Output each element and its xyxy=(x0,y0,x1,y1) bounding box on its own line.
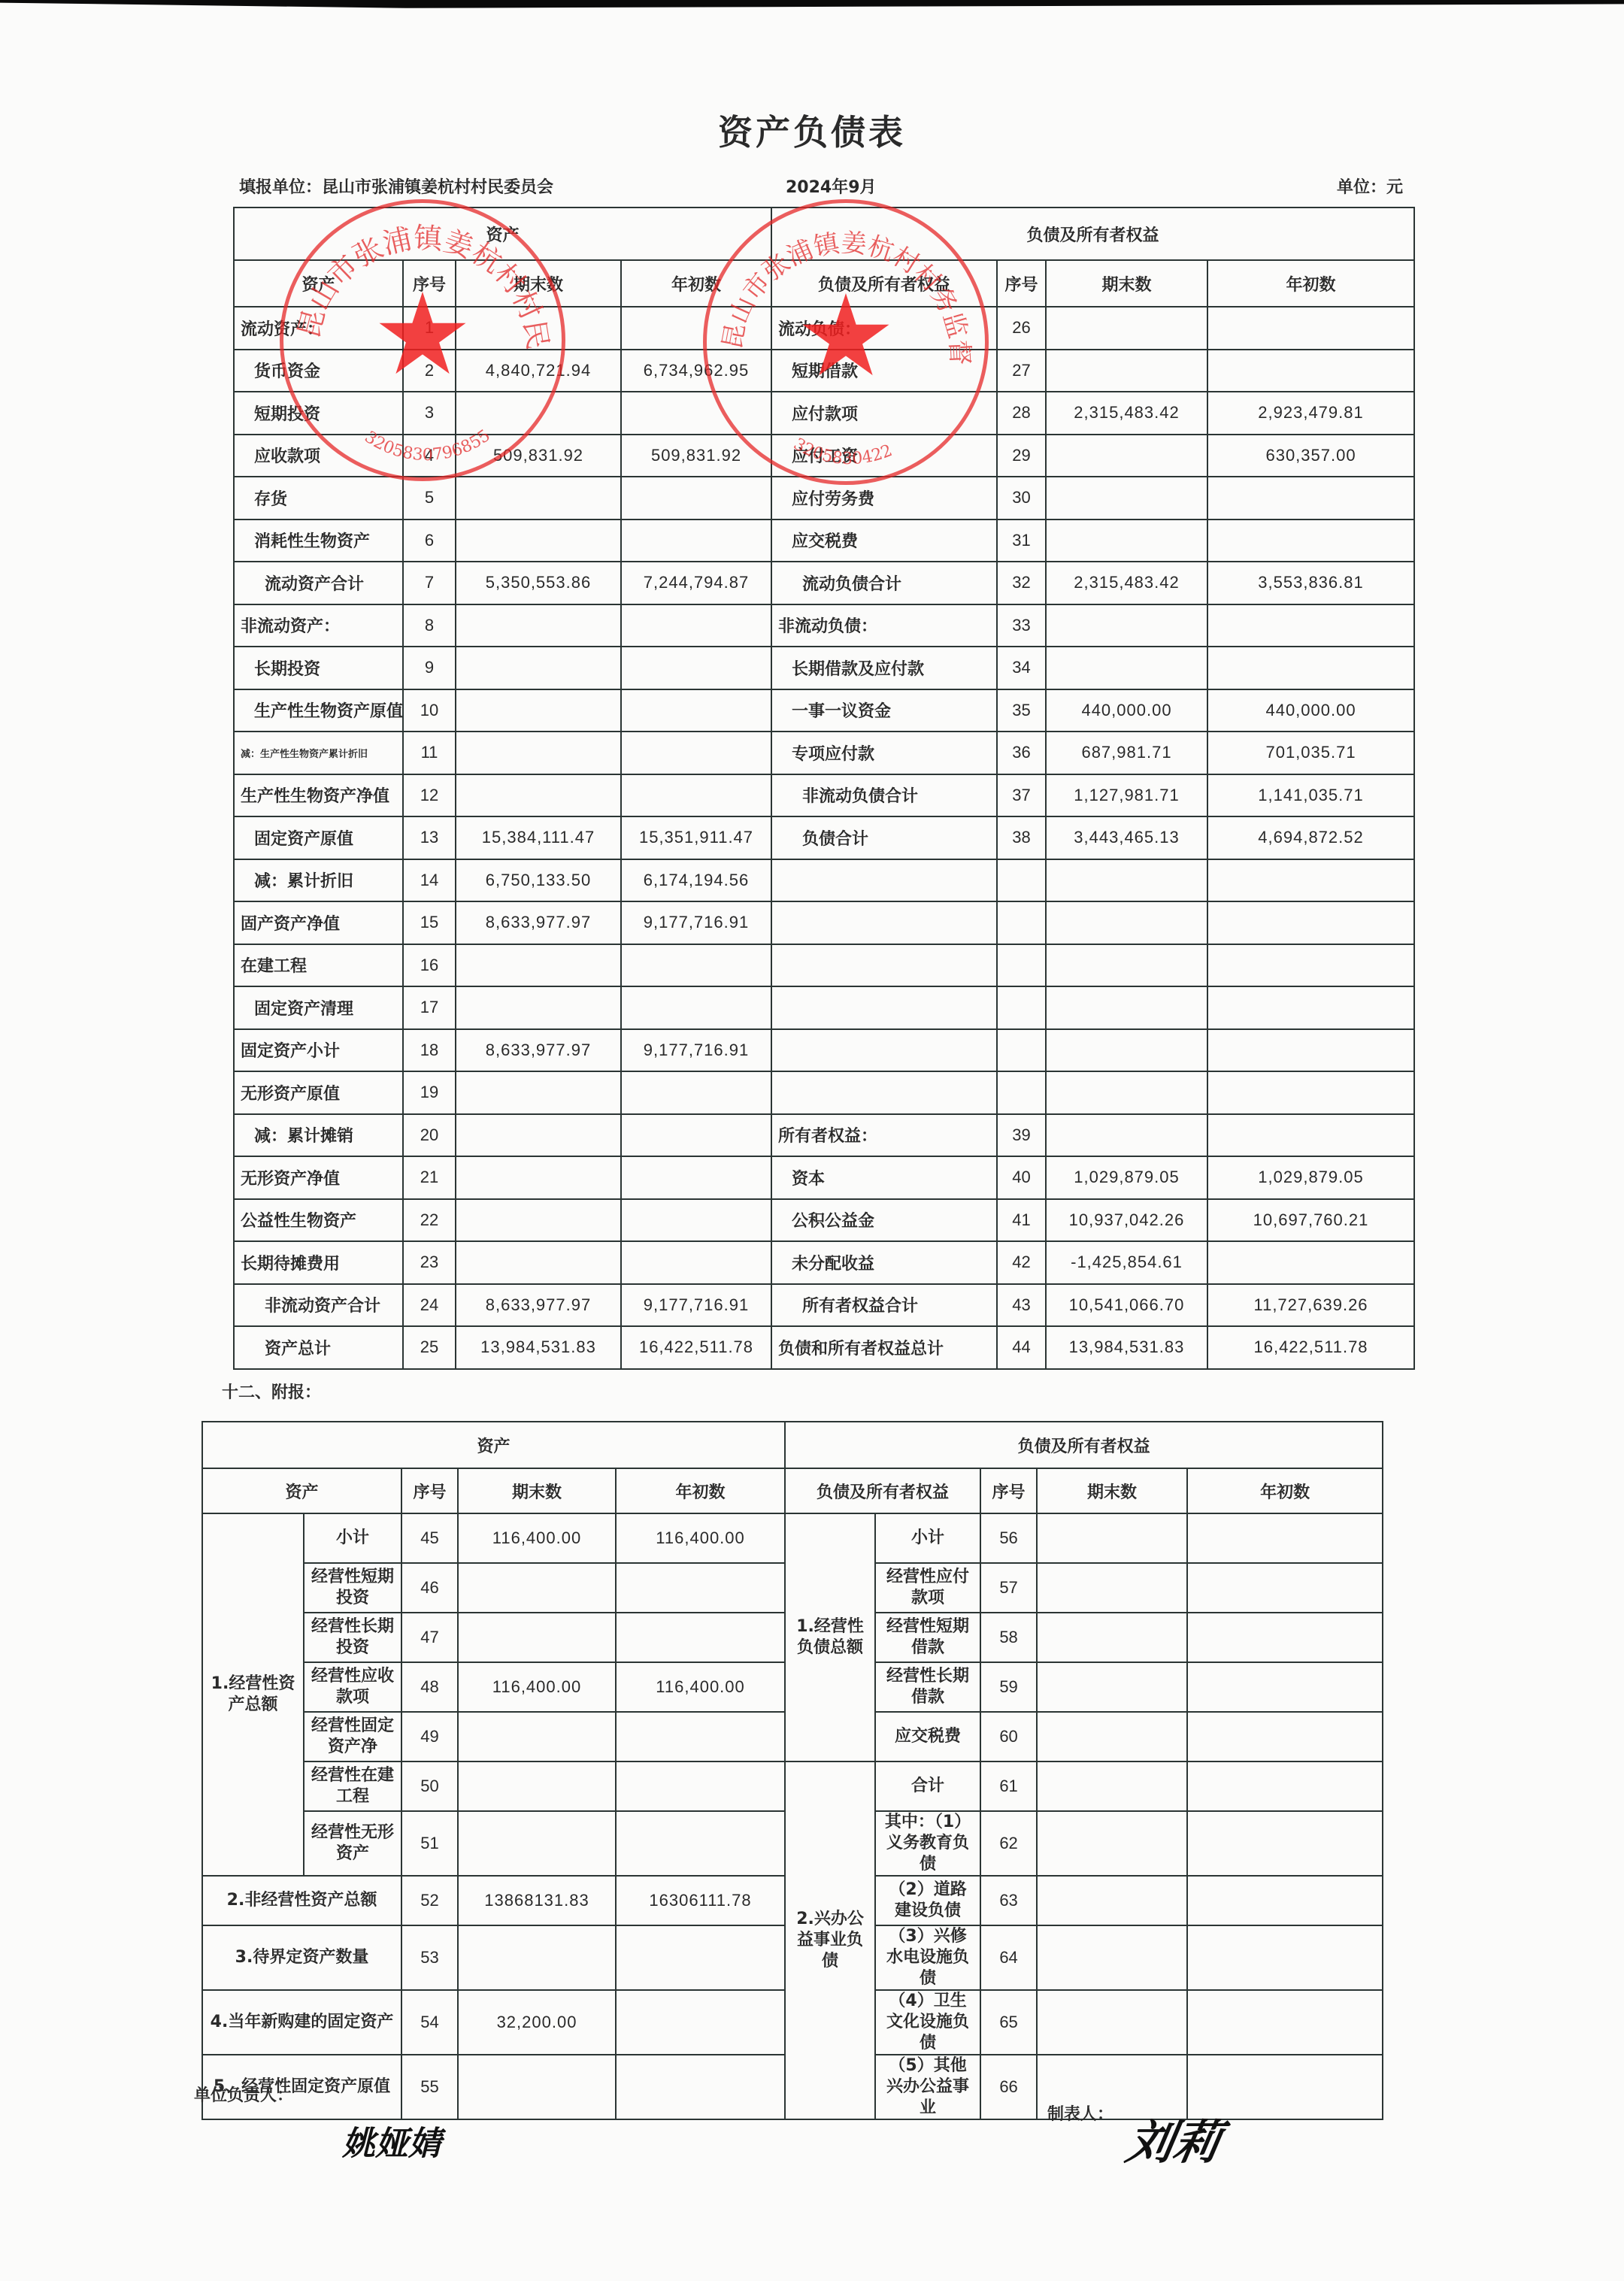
balance-sheet-table: 资产负债及所有者权益资产序号期末数年初数负债及所有者权益序号期末数年初数流动资产… xyxy=(233,207,1415,1370)
liability-end-value xyxy=(1037,1761,1187,1811)
liability-begin-value xyxy=(1207,350,1414,392)
liability-seq: 28 xyxy=(997,392,1046,435)
table-row: 在建工程16 xyxy=(234,944,1414,987)
column-header: 期末数 xyxy=(1037,1468,1187,1513)
liability-end-value xyxy=(1046,901,1207,944)
asset-seq: 24 xyxy=(403,1284,456,1327)
table-row: 货币资金24,840,721.946,734,962.95短期借款27 xyxy=(234,350,1414,392)
liabilities-section-header: 负债及所有者权益 xyxy=(785,1422,1383,1468)
asset-label: 固定资产小计 xyxy=(234,1029,403,1072)
asset-label: 经营性固定资产净 xyxy=(304,1712,401,1761)
asset-begin-value xyxy=(616,1761,785,1811)
preparer-signature: 刘莉 xyxy=(1122,2105,1227,2172)
liability-begin-value: 16,422,511.78 xyxy=(1207,1326,1414,1369)
liability-begin-value xyxy=(1207,1029,1414,1072)
asset-begin-value: 116,400.00 xyxy=(616,1662,785,1712)
liability-begin-value: 630,357.00 xyxy=(1207,435,1414,477)
asset-begin-value xyxy=(621,307,771,350)
liability-seq xyxy=(997,986,1046,1029)
liability-seq: 29 xyxy=(997,435,1046,477)
liability-label: 资本 xyxy=(771,1156,997,1199)
liability-label xyxy=(771,986,997,1029)
liability-end-value xyxy=(1037,1990,1187,2055)
asset-seq: 49 xyxy=(401,1712,458,1761)
liability-label: 所有者权益： xyxy=(771,1114,997,1157)
asset-seq: 22 xyxy=(403,1199,456,1242)
liability-group-label: 2.兴办公益事业负债 xyxy=(785,1761,875,2119)
asset-label: 减：生产性生物资产累计折旧 xyxy=(234,732,403,774)
asset-end-value: 509,831.92 xyxy=(456,435,621,477)
asset-seq: 2 xyxy=(403,350,456,392)
asset-label: 流动资产： xyxy=(234,307,403,350)
table-row: 消耗性生物资产6应交税费31 xyxy=(234,520,1414,562)
liability-end-value xyxy=(1046,307,1207,350)
asset-label: 4.当年新购建的固定资产 xyxy=(202,1990,401,2055)
asset-end-value: 13,984,531.83 xyxy=(456,1326,621,1369)
liability-begin-value xyxy=(1207,1241,1414,1284)
liability-label: 非流动负债合计 xyxy=(771,774,997,817)
asset-begin-value: 15,351,911.47 xyxy=(621,816,771,859)
asset-end-value xyxy=(456,1156,621,1199)
column-header: 年初数 xyxy=(621,260,771,307)
asset-label: 经营性短期投资 xyxy=(304,1563,401,1613)
asset-label: 经营性无形资产 xyxy=(304,1811,401,1876)
liability-label: （4）卫生文化设施负债 xyxy=(875,1990,980,2055)
liability-begin-value xyxy=(1187,1712,1383,1761)
liability-begin-value: 4,694,872.52 xyxy=(1207,816,1414,859)
asset-end-value xyxy=(456,392,621,435)
asset-seq: 21 xyxy=(403,1156,456,1199)
liability-begin-value xyxy=(1187,1662,1383,1712)
liability-label: 流动负债合计 xyxy=(771,562,997,604)
liability-label: （3）兴修水电设施负债 xyxy=(875,1925,980,1990)
liability-seq: 59 xyxy=(980,1662,1037,1712)
liability-seq xyxy=(997,901,1046,944)
liability-begin-value xyxy=(1187,1876,1383,1925)
table-row: 减：累计折旧146,750,133.506,174,194.56 xyxy=(234,859,1414,902)
table-row: 非流动资产：8非流动负债：33 xyxy=(234,604,1414,647)
asset-seq: 45 xyxy=(401,1513,458,1563)
asset-end-value xyxy=(456,647,621,689)
asset-end-value: 116,400.00 xyxy=(458,1513,616,1563)
table-row: 存货5应付劳务费30 xyxy=(234,477,1414,520)
asset-begin-value xyxy=(616,2055,785,2119)
asset-end-value xyxy=(456,1199,621,1242)
liability-end-value: -1,425,854.61 xyxy=(1046,1241,1207,1284)
table-row: 公益性生物资产22公积公益金4110,937,042.2610,697,760.… xyxy=(234,1199,1414,1242)
column-header: 年初数 xyxy=(616,1468,785,1513)
asset-seq: 14 xyxy=(403,859,456,902)
liability-seq: 58 xyxy=(980,1613,1037,1662)
liability-label: 其中：（1）义务教育负债 xyxy=(875,1811,980,1876)
asset-label: 公益性生物资产 xyxy=(234,1199,403,1242)
asset-end-value xyxy=(456,986,621,1029)
asset-end-value xyxy=(456,774,621,817)
asset-begin-value: 9,177,716.91 xyxy=(621,901,771,944)
liability-label: 未分配收益 xyxy=(771,1241,997,1284)
liability-label: 应交税费 xyxy=(875,1712,980,1761)
table-row: 固定资产小计188,633,977.979,177,716.91 xyxy=(234,1029,1414,1072)
liabilities-section-header: 负债及所有者权益 xyxy=(771,208,1414,260)
liability-seq: 66 xyxy=(980,2055,1037,2119)
asset-label: 长期投资 xyxy=(234,647,403,689)
liability-seq: 36 xyxy=(997,732,1046,774)
liability-end-value xyxy=(1046,1071,1207,1114)
asset-seq: 48 xyxy=(401,1662,458,1712)
liability-label: 短期借款 xyxy=(771,350,997,392)
asset-seq: 54 xyxy=(401,1990,458,2055)
liability-label: （2）道路建设负债 xyxy=(875,1876,980,1925)
asset-label: 短期投资 xyxy=(234,392,403,435)
liability-seq: 32 xyxy=(997,562,1046,604)
liability-label xyxy=(771,859,997,902)
liability-end-value xyxy=(1046,604,1207,647)
asset-begin-value: 9,177,716.91 xyxy=(621,1029,771,1072)
asset-label: 减：累计折旧 xyxy=(234,859,403,902)
asset-begin-value xyxy=(621,647,771,689)
asset-label: 消耗性生物资产 xyxy=(234,520,403,562)
table-row: 长期投资9长期借款及应付款34 xyxy=(234,647,1414,689)
unit-head-label: 单位负责人： xyxy=(194,2083,293,2106)
liability-begin-value xyxy=(1207,944,1414,987)
asset-label: 无形资产净值 xyxy=(234,1156,403,1199)
report-period: 2024年9月 xyxy=(786,174,877,198)
column-header: 负债及所有者权益 xyxy=(785,1468,980,1513)
liability-end-value xyxy=(1046,944,1207,987)
asset-label: 非流动资产合计 xyxy=(234,1284,403,1327)
table-row: 固定资产清理17 xyxy=(234,986,1414,1029)
liability-seq: 38 xyxy=(997,816,1046,859)
asset-end-value xyxy=(456,1241,621,1284)
asset-seq: 8 xyxy=(403,604,456,647)
liability-label: 应交税费 xyxy=(771,520,997,562)
liability-seq: 44 xyxy=(997,1326,1046,1369)
asset-begin-value xyxy=(621,477,771,520)
liability-begin-value xyxy=(1187,1613,1383,1662)
liability-begin-value xyxy=(1207,859,1414,902)
column-header: 年初数 xyxy=(1207,260,1414,307)
asset-begin-value xyxy=(621,1199,771,1242)
table-row: 减：生产性生物资产累计折旧11专项应付款36687,981.71701,035.… xyxy=(234,732,1414,774)
asset-label: 经营性长期投资 xyxy=(304,1613,401,1662)
liability-label: 负债合计 xyxy=(771,816,997,859)
asset-begin-value xyxy=(616,1990,785,2055)
table-row: 生产性生物资产净值12非流动负债合计371,127,981.711,141,03… xyxy=(234,774,1414,817)
liability-seq: 64 xyxy=(980,1925,1037,1990)
asset-end-value xyxy=(456,732,621,774)
liability-end-value: 3,443,465.13 xyxy=(1046,816,1207,859)
liability-seq: 65 xyxy=(980,1990,1037,2055)
liability-label: 应付劳务费 xyxy=(771,477,997,520)
asset-begin-value: 16,422,511.78 xyxy=(621,1326,771,1369)
liability-seq: 30 xyxy=(997,477,1046,520)
asset-end-value xyxy=(456,689,621,732)
asset-seq: 11 xyxy=(403,732,456,774)
liability-seq: 39 xyxy=(997,1114,1046,1157)
liability-begin-value: 1,141,035.71 xyxy=(1207,774,1414,817)
asset-begin-value: 509,831.92 xyxy=(621,435,771,477)
liability-label xyxy=(771,1029,997,1072)
liability-seq: 35 xyxy=(997,689,1046,732)
asset-label: 固产资产净值 xyxy=(234,901,403,944)
table-row: 1.经营性资产总额小计45116,400.00116,400.001.经营性负债… xyxy=(202,1513,1383,1563)
asset-label: 小计 xyxy=(304,1513,401,1563)
asset-end-value: 6,750,133.50 xyxy=(456,859,621,902)
page-title: 资产负债表 xyxy=(0,105,1624,155)
liability-end-value xyxy=(1037,1563,1187,1613)
asset-begin-value xyxy=(621,392,771,435)
liability-label: 负债和所有者权益总计 xyxy=(771,1326,997,1369)
asset-begin-value xyxy=(616,1811,785,1876)
scan-edge xyxy=(0,0,1624,14)
asset-group-label: 1.经营性资产总额 xyxy=(202,1513,304,1876)
liability-seq: 57 xyxy=(980,1563,1037,1613)
column-header: 期末数 xyxy=(458,1468,616,1513)
liability-end-value: 10,541,066.70 xyxy=(1046,1284,1207,1327)
preparer-label: 制表人： xyxy=(1047,2101,1113,2125)
table-row: 长期待摊费用23未分配收益42-1,425,854.61 xyxy=(234,1241,1414,1284)
liability-end-value xyxy=(1037,1925,1187,1990)
liability-begin-value: 2,923,479.81 xyxy=(1207,392,1414,435)
asset-seq: 19 xyxy=(403,1071,456,1114)
liability-end-value xyxy=(1046,477,1207,520)
asset-begin-value xyxy=(616,1613,785,1662)
liability-end-value: 10,937,042.26 xyxy=(1046,1199,1207,1242)
liability-seq: 60 xyxy=(980,1712,1037,1761)
liability-label: 长期借款及应付款 xyxy=(771,647,997,689)
asset-seq: 15 xyxy=(403,901,456,944)
asset-label: 2.非经营性资产总额 xyxy=(202,1876,401,1925)
asset-begin-value xyxy=(621,1071,771,1114)
asset-label: 无形资产原值 xyxy=(234,1071,403,1114)
liability-label: 专项应付款 xyxy=(771,732,997,774)
liability-seq: 27 xyxy=(997,350,1046,392)
column-header-row: 资产序号期末数年初数负债及所有者权益序号期末数年初数 xyxy=(202,1468,1383,1513)
liability-begin-value xyxy=(1187,1563,1383,1613)
liability-seq: 43 xyxy=(997,1284,1046,1327)
liability-end-value: 687,981.71 xyxy=(1046,732,1207,774)
asset-end-value xyxy=(458,1761,616,1811)
liability-end-value xyxy=(1037,1662,1187,1712)
asset-begin-value xyxy=(621,689,771,732)
table-row: 无形资产净值21资本401,029,879.051,029,879.05 xyxy=(234,1156,1414,1199)
liability-label: 合计 xyxy=(875,1761,980,1811)
table-row: 经营性在建工程502.兴办公益事业负债合计61 xyxy=(202,1761,1383,1811)
liability-end-value xyxy=(1037,1613,1187,1662)
column-header-row: 资产序号期末数年初数负债及所有者权益序号期末数年初数 xyxy=(234,260,1414,307)
liability-label: 应付工资 xyxy=(771,435,997,477)
liability-begin-value xyxy=(1187,1925,1383,1990)
asset-label: 生产性生物资产净值 xyxy=(234,774,403,817)
liability-label xyxy=(771,944,997,987)
asset-label: 长期待摊费用 xyxy=(234,1241,403,1284)
liability-seq xyxy=(997,944,1046,987)
liability-label: 所有者权益合计 xyxy=(771,1284,997,1327)
asset-end-value: 4,840,721.94 xyxy=(456,350,621,392)
liability-end-value xyxy=(1046,1114,1207,1157)
asset-begin-value xyxy=(621,1114,771,1157)
liability-begin-value xyxy=(1207,307,1414,350)
asset-begin-value xyxy=(616,1712,785,1761)
liability-begin-value xyxy=(1187,1990,1383,2055)
asset-begin-value xyxy=(621,944,771,987)
asset-end-value: 13868131.83 xyxy=(458,1876,616,1925)
asset-end-value xyxy=(458,1712,616,1761)
asset-end-value: 8,633,977.97 xyxy=(456,901,621,944)
asset-end-value: 32,200.00 xyxy=(458,1990,616,2055)
asset-seq: 47 xyxy=(401,1613,458,1662)
asset-label: 3.待界定资产数量 xyxy=(202,1925,401,1990)
table-row: 无形资产原值19 xyxy=(234,1071,1414,1114)
liability-end-value xyxy=(1046,647,1207,689)
asset-begin-value xyxy=(616,1563,785,1613)
asset-label: 存货 xyxy=(234,477,403,520)
asset-end-value xyxy=(456,520,621,562)
liability-end-value xyxy=(1046,986,1207,1029)
asset-end-value xyxy=(456,1071,621,1114)
asset-begin-value: 9,177,716.91 xyxy=(621,1284,771,1327)
asset-seq: 1 xyxy=(403,307,456,350)
liability-begin-value xyxy=(1187,1761,1383,1811)
header-row: 资产负债及所有者权益 xyxy=(202,1422,1383,1468)
asset-seq: 5 xyxy=(403,477,456,520)
asset-seq: 55 xyxy=(401,2055,458,2119)
liability-end-value: 1,127,981.71 xyxy=(1046,774,1207,817)
asset-label: 减：累计摊销 xyxy=(234,1114,403,1157)
liability-seq xyxy=(997,1071,1046,1114)
asset-label: 固定资产原值 xyxy=(234,816,403,859)
asset-end-value xyxy=(456,604,621,647)
unit-head-signature: 姚娅婧 xyxy=(342,2116,441,2164)
liability-label: 经营性长期借款 xyxy=(875,1662,980,1712)
liability-seq: 56 xyxy=(980,1513,1037,1563)
asset-begin-value xyxy=(621,1156,771,1199)
liability-seq: 61 xyxy=(980,1761,1037,1811)
column-header: 序号 xyxy=(403,260,456,307)
asset-begin-value xyxy=(621,604,771,647)
asset-end-value xyxy=(456,307,621,350)
liability-seq: 62 xyxy=(980,1811,1037,1876)
table-row: 固定资产原值1315,384,111.4715,351,911.47负债合计38… xyxy=(234,816,1414,859)
liability-end-value: 13,984,531.83 xyxy=(1046,1326,1207,1369)
asset-end-value: 8,633,977.97 xyxy=(456,1029,621,1072)
asset-seq: 10 xyxy=(403,689,456,732)
column-header: 年初数 xyxy=(1187,1468,1383,1513)
liability-end-value: 1,029,879.05 xyxy=(1046,1156,1207,1199)
asset-seq: 46 xyxy=(401,1563,458,1613)
liability-begin-value xyxy=(1207,520,1414,562)
liability-seq: 37 xyxy=(997,774,1046,817)
asset-seq: 7 xyxy=(403,562,456,604)
liability-begin-value: 11,727,639.26 xyxy=(1207,1284,1414,1327)
liability-begin-value xyxy=(1187,1513,1383,1563)
liability-begin-value: 10,697,760.21 xyxy=(1207,1199,1414,1242)
asset-end-value: 116,400.00 xyxy=(458,1662,616,1712)
liability-seq: 34 xyxy=(997,647,1046,689)
asset-end-value xyxy=(456,944,621,987)
liability-begin-value xyxy=(1207,1114,1414,1157)
assets-section-header: 资产 xyxy=(234,208,771,260)
liability-begin-value: 440,000.00 xyxy=(1207,689,1414,732)
liability-seq: 40 xyxy=(997,1156,1046,1199)
liability-seq: 31 xyxy=(997,520,1046,562)
liability-begin-value xyxy=(1207,1071,1414,1114)
asset-seq: 52 xyxy=(401,1876,458,1925)
asset-label: 生产性生物资产原值 xyxy=(234,689,403,732)
asset-end-value xyxy=(458,1613,616,1662)
liability-seq: 26 xyxy=(997,307,1046,350)
liability-seq: 63 xyxy=(980,1876,1037,1925)
liability-seq: 42 xyxy=(997,1241,1046,1284)
asset-seq: 53 xyxy=(401,1925,458,1990)
table-row: 短期投资3应付款项282,315,483.422,923,479.81 xyxy=(234,392,1414,435)
liability-label: 小计 xyxy=(875,1513,980,1563)
liability-begin-value xyxy=(1207,986,1414,1029)
asset-seq: 12 xyxy=(403,774,456,817)
asset-seq: 51 xyxy=(401,1811,458,1876)
column-header: 资产 xyxy=(234,260,403,307)
liability-label: 经营性短期借款 xyxy=(875,1613,980,1662)
table-row: 固产资产净值158,633,977.979,177,716.91 xyxy=(234,901,1414,944)
liability-seq: 41 xyxy=(997,1199,1046,1242)
asset-seq: 50 xyxy=(401,1761,458,1811)
asset-label: 在建工程 xyxy=(234,944,403,987)
asset-begin-value xyxy=(621,774,771,817)
liability-end-value xyxy=(1046,350,1207,392)
liability-label xyxy=(771,901,997,944)
asset-label: 非流动资产： xyxy=(234,604,403,647)
liability-label: 一事一议资金 xyxy=(771,689,997,732)
liability-begin-value xyxy=(1207,901,1414,944)
liability-begin-value xyxy=(1207,647,1414,689)
asset-begin-value xyxy=(621,520,771,562)
asset-seq: 25 xyxy=(403,1326,456,1369)
asset-end-value: 8,633,977.97 xyxy=(456,1284,621,1327)
asset-end-value: 15,384,111.47 xyxy=(456,816,621,859)
liability-end-value: 440,000.00 xyxy=(1046,689,1207,732)
liability-begin-value: 701,035.71 xyxy=(1207,732,1414,774)
asset-begin-value xyxy=(616,1925,785,1990)
table-row: 应收款项4509,831.92509,831.92应付工资29630,357.0… xyxy=(234,435,1414,477)
liability-end-value xyxy=(1046,859,1207,902)
asset-end-value xyxy=(458,2055,616,2119)
column-header: 期末数 xyxy=(1046,260,1207,307)
asset-label: 经营性在建工程 xyxy=(304,1761,401,1811)
asset-seq: 23 xyxy=(403,1241,456,1284)
column-header: 负债及所有者权益 xyxy=(771,260,997,307)
asset-label: 经营性应收款项 xyxy=(304,1662,401,1712)
table-row: 流动资产：1流动负债：26 xyxy=(234,307,1414,350)
table-row: 资产总计2513,984,531.8316,422,511.78负债和所有者权益… xyxy=(234,1326,1414,1369)
asset-begin-value: 16306111.78 xyxy=(616,1876,785,1925)
column-header: 序号 xyxy=(997,260,1046,307)
reporting-unit: 填报单位：昆山市张浦镇姜杭村村民委员会 xyxy=(239,174,553,198)
asset-seq: 17 xyxy=(403,986,456,1029)
asset-seq: 3 xyxy=(403,392,456,435)
assets-section-header: 资产 xyxy=(202,1422,785,1468)
asset-end-value xyxy=(456,477,621,520)
liability-end-value xyxy=(1037,1811,1187,1876)
header-row: 资产负债及所有者权益 xyxy=(234,208,1414,260)
liability-seq xyxy=(997,859,1046,902)
liability-label xyxy=(771,1071,997,1114)
liability-end-value xyxy=(1046,520,1207,562)
asset-seq: 13 xyxy=(403,816,456,859)
asset-seq: 6 xyxy=(403,520,456,562)
liability-label: （5）其他兴办公益事业 xyxy=(875,2055,980,2119)
table-row: 生产性生物资产原值10一事一议资金35440,000.00440,000.00 xyxy=(234,689,1414,732)
column-header: 序号 xyxy=(401,1468,458,1513)
